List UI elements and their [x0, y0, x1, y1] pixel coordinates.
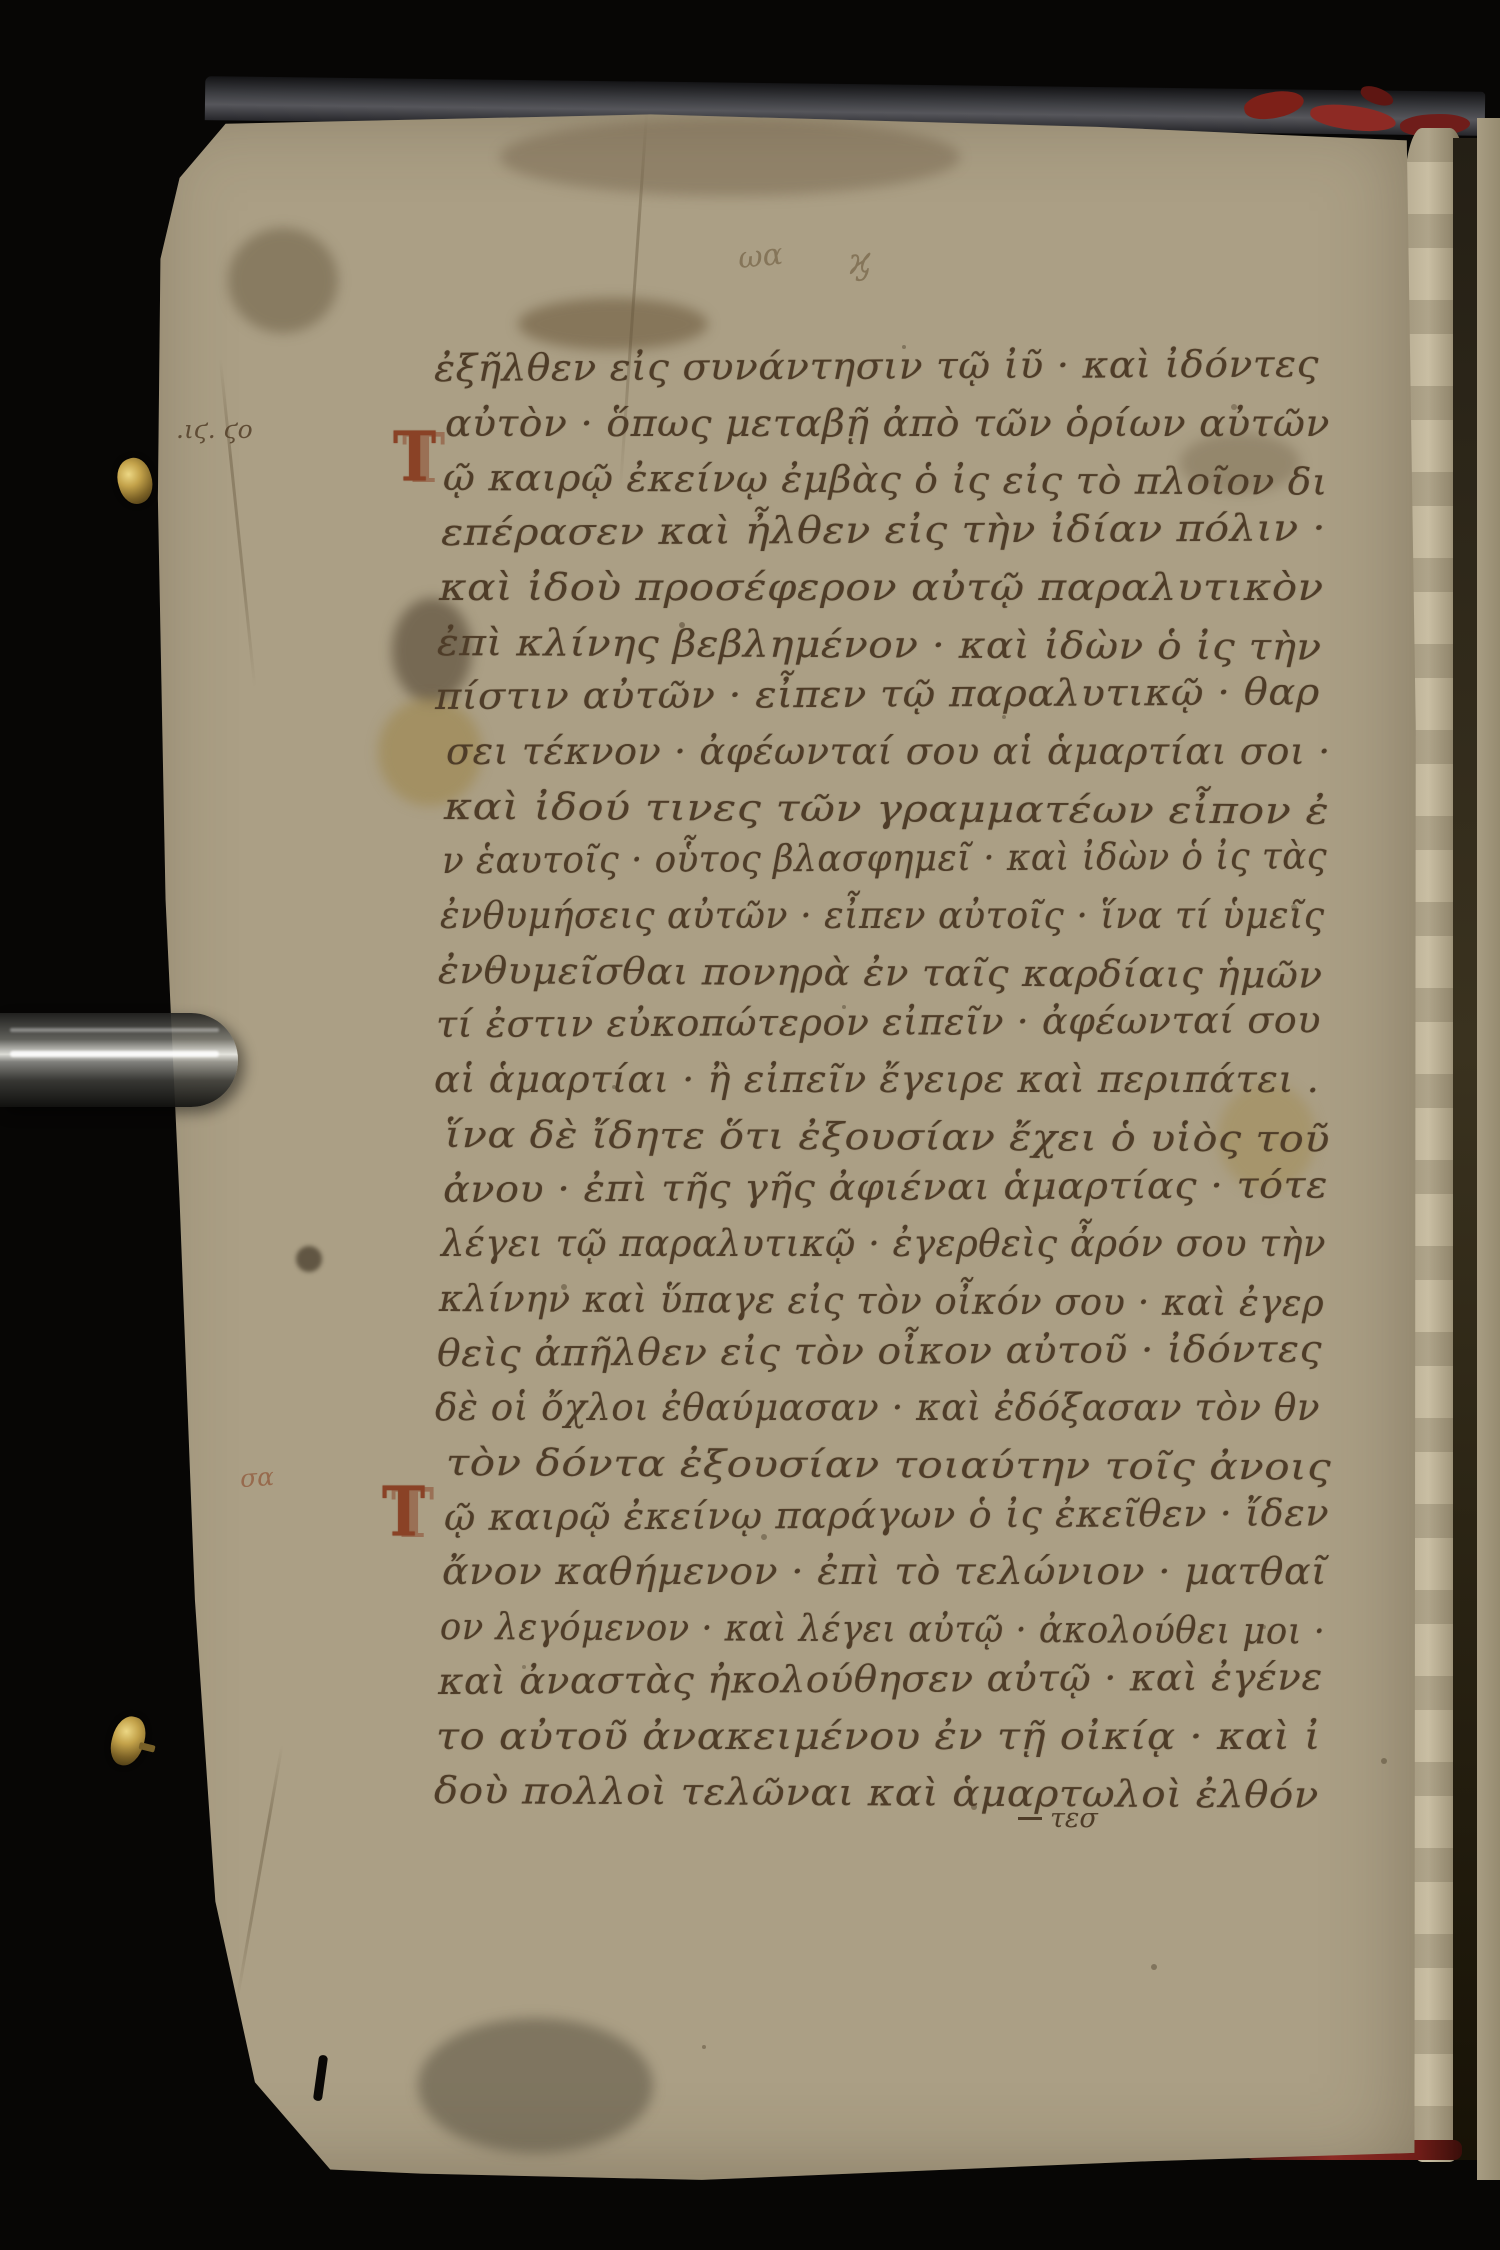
catchword-dash: [1018, 1817, 1042, 1820]
text-line: πίστιν αὐτῶν · εἶπεν τῷ παραλυτικῷ · θαρ: [435, 667, 1320, 724]
paper-specks: [140, 103, 144, 107]
text-line: καὶ ἀναστὰς ἠκολούθησεν αὐτῷ · καὶ ἐγένε: [438, 1651, 1323, 1708]
text-line: ἐπὶ κλίνης βεβλημένον · καὶ ἰδὼν ὁ ἰς τὴ…: [437, 617, 1322, 674]
text-line: αἱ ἁμαρτίαι · ἢ εἰπεῖν ἔγειρε καὶ περιπά…: [434, 1054, 1319, 1106]
stain: [228, 228, 338, 333]
text-line: ἐνθυμήσεις αὐτῶν · εἶπεν αὐτοῖς · ἵνα τί…: [440, 890, 1325, 942]
faint-head-inscription: ϗ: [846, 240, 873, 283]
stain: [296, 1246, 322, 1272]
text-line: ν ἑαυτοῖς · οὗτος βλασφημεῖ · καὶ ἰδὼν ὁ…: [442, 831, 1327, 888]
margin-number-note: σα: [239, 1462, 275, 1493]
crease-line: [235, 1745, 283, 2002]
faint-head-inscription: ωα: [736, 237, 784, 276]
glass-rod-weight: [0, 1013, 238, 1107]
brass-pin-bottom: [106, 1713, 149, 1769]
text-line: ον λεγόμενον · καὶ λέγει αὐτῷ · ἀκολούθε…: [440, 1601, 1326, 1658]
rod-highlight: [10, 1051, 219, 1058]
crease-line: [219, 359, 256, 688]
text-line: δὲ οἱ ὄχλοι ἐθαύμασαν · καὶ ἐδόξασαν τὸν…: [435, 1382, 1320, 1434]
text-line: σει τέκνον · ἀφέωνταί σου αἱ ἁμαρτίαι σο…: [446, 726, 1331, 778]
text-line: ἐξῆλθεν εἰς συνάντησιν τῷ ἰῦ · καὶ ἰδόντ…: [434, 338, 1319, 395]
text-line: το αὐτοῦ ἀνακειμένου ἐν τῇ οἰκίᾳ · καὶ ἰ: [436, 1711, 1321, 1763]
stain: [500, 118, 960, 196]
rubric-initial-tau-2: Τ: [382, 1478, 425, 1546]
endband-thread: [1309, 102, 1397, 135]
margin-lection-note: .ιϛ. ϛο: [176, 415, 253, 444]
foredge-crevice: [1453, 138, 1480, 2160]
worm-hole: [313, 2055, 328, 2102]
text-line: τί ἐστιν εὐκοπώτερον εἰπεῖν · ἀφέωνταί σ…: [436, 995, 1321, 1052]
text-line: ῷ καιρῷ ἐκείνῳ παράγων ὁ ἰς ἐκεῖθεν · ἴδ…: [444, 1487, 1329, 1544]
text-line: δοὺ πολλοὶ τελῶναι καὶ ἁμαρτωλοὶ ἐλθόν: [434, 1765, 1319, 1822]
text-line: επέρασεν καὶ ἦλθεν εἰς τὴν ἰδίαν πόλιν ·: [441, 502, 1326, 559]
rod-highlight: [10, 1028, 219, 1032]
text-line: ἵνα δὲ ἴδητε ὅτι ἐξουσίαν ἔχει ὁ υἱὸς το…: [445, 1109, 1330, 1166]
catchword: τεσ: [1018, 1803, 1098, 1834]
endband-thread: [1242, 86, 1306, 124]
adjacent-leaf-edge: [1477, 118, 1500, 2180]
endband-thread: [1358, 83, 1395, 109]
text-line: ἄνον καθήμενον · ἐπὶ τὸ τελώνιον · ματθα…: [442, 1546, 1327, 1598]
text-line: λέγει τῷ παραλυτικῷ · ἐγερθεὶς ἆρόν σου …: [441, 1218, 1326, 1270]
text-line: θεὶς ἀπῆλθεν εἰς τὸν οἶκον αὐτοῦ · ἰδόντ…: [437, 1323, 1322, 1380]
stain: [418, 2018, 653, 2153]
text-line: κλίνην καὶ ὕπαγε εἰς τὸν οἶκόν σου · καὶ…: [439, 1273, 1324, 1330]
text-line: καὶ ἰδού τινες τῶν γραμματέων εἶπον ἐ: [444, 781, 1329, 838]
rubric-initial-tau-1: Τ: [393, 423, 436, 491]
text-line: αὐτὸν · ὅπως μεταβῇ ἀπὸ τῶν ὁρίων αὐτῶν: [445, 398, 1330, 450]
photo-stage: ωα ϗ .ιϛ. ϛο σα Τ Τ ἐξῆλθεν εἰς συνάντησ…: [0, 0, 1500, 2250]
brass-pin-top: [112, 454, 159, 508]
text-line: ἀνου · ἐπὶ τῆς γῆς ἀφιέναι ἁμαρτίας · τό…: [443, 1159, 1328, 1216]
text-line: ῷ καιρῷ ἐκείνῳ ἐμβὰς ὁ ἰς εἰς τὸ πλοῖον …: [443, 452, 1328, 509]
catchword-text: τεσ: [1050, 1803, 1098, 1834]
text-line: καὶ ἰδοὺ προσέφερον αὐτῷ παραλυτικὸν: [439, 562, 1324, 614]
text-line: ἐνθυμεῖσθαι πονηρὰ ἐν ταῖς καρδίαις ἡμῶν: [438, 945, 1323, 1002]
manuscript-page: ωα ϗ .ιϛ. ϛο σα Τ Τ ἐξῆλθεν εἰς συνάντησ…: [140, 103, 1417, 2182]
pin-stem: [139, 1741, 156, 1752]
text-line: τὸν δόντα ἐξουσίαν τοιαύτην τοῖς ἀνοις: [446, 1437, 1331, 1494]
